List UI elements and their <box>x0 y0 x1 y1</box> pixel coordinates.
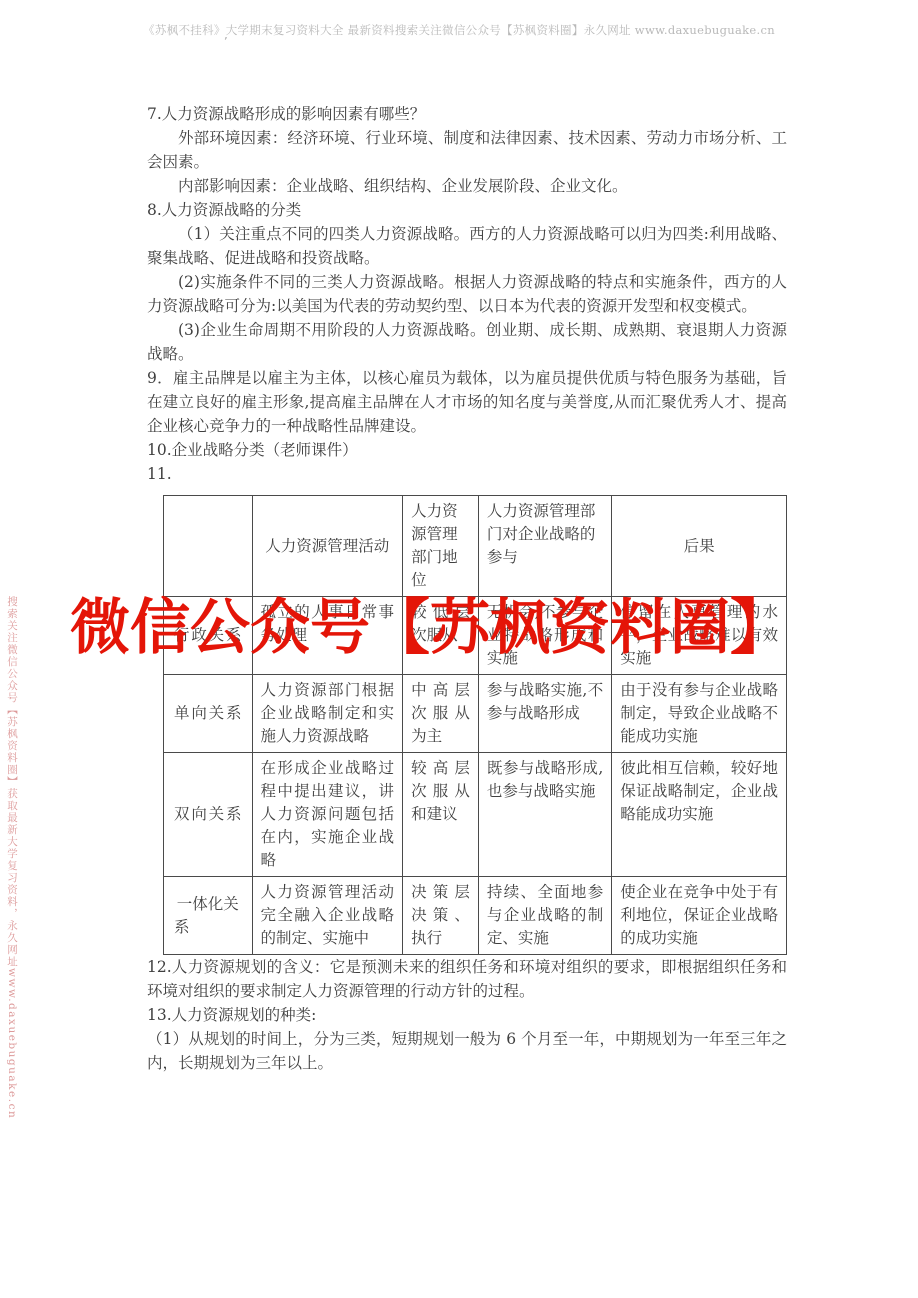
table-cell: 人力资源管理活动完全融入企业战略的制定、实施中 <box>252 877 403 955</box>
table-header-consequence: 后果 <box>612 496 787 597</box>
q11-table: 人力资源管理活动 人力资源管理部门地位 人力资源管理部门对企业战略的参与 后果 … <box>163 495 787 955</box>
q13-title: 13.人力资源规划的种类: <box>147 1003 787 1027</box>
table-cell: 彼此相互信赖，较好地保证战略制定，企业战略能成功实施 <box>612 753 787 877</box>
table-cell: 既参与战略形成,也参与战略实施 <box>478 753 611 877</box>
table-cell: 人力资源部门根据企业战略制定和实施人力资源战略 <box>252 675 403 753</box>
row-label: 一体化关系 <box>164 877 253 955</box>
row-label: 单向关系 <box>164 675 253 753</box>
table-cell: 持续、全面地参与企业战略的制定、实施 <box>478 877 611 955</box>
table-cell: 由于没有参与企业战略制定，导致企业战略不能成功实施 <box>612 675 787 753</box>
table-header-row: 人力资源管理活动 人力资源管理部门地位 人力资源管理部门对企业战略的参与 后果 <box>164 496 787 597</box>
table-row: 双向关系 在形成企业战略过程中提出建议，讲人力资源问题包括在内，实施企业战略 较… <box>164 753 787 877</box>
q7-external-factors: 外部环境因素：经济环境、行业环境、制度和法律因素、技术因素、劳动力市场分析、工会… <box>147 126 787 174</box>
table-cell: 较高层次服从和建议 <box>403 753 479 877</box>
table-header-status: 人力资源管理部门地位 <box>403 496 479 597</box>
table-cell: 参与战略实施,不参与战略形成 <box>478 675 611 753</box>
q9-paragraph: 9．雇主品牌是以雇主为主体，以核心雇员为载体，以为雇员提供优质与特色服务为基础，… <box>147 366 787 438</box>
red-watermark-overlay: 微信公众号【苏枫资料圈】 <box>70 588 810 668</box>
q13-item-1: （1）从规划的时间上，分为三类，短期规划一般为 6 个月至一年，中期规划为一年至… <box>147 1027 787 1075</box>
table-header-activity: 人力资源管理活动 <box>252 496 403 597</box>
table-header-empty <box>164 496 253 597</box>
table-row: 一体化关系 人力资源管理活动完全融入企业战略的制定、实施中 决策层决策、执行 持… <box>164 877 787 955</box>
q7-internal-factors: 内部影响因素：企业战略、组织结构、企业发展阶段、企业文化。 <box>147 174 787 198</box>
q10-title: 10.企业战略分类（老师课件） <box>147 438 787 462</box>
q12-paragraph: 12.人力资源规划的含义：它是预测未来的组织任务和环境对组织的要求，即根据组织任… <box>147 955 787 1003</box>
table-header-participation: 人力资源管理部门对企业战略的参与 <box>478 496 611 597</box>
table-cell: 中高层次服从为主 <box>403 675 479 753</box>
row-label: 双向关系 <box>164 753 253 877</box>
table-row: 单向关系 人力资源部门根据企业战略制定和实施人力资源战略 中高层次服从为主 参与… <box>164 675 787 753</box>
q8-title: 8.人力资源战略的分类 <box>147 198 787 222</box>
q7-title: 7.人力资源战略形成的影响因素有哪些？ <box>147 102 787 126</box>
q8-item-1: （1）关注重点不同的四类人力资源战略。西方的人力资源战略可以归为四类:利用战略、… <box>147 222 787 270</box>
document-page: 《苏枫不挂科》大学期末复习资料大全 最新资料搜索关注微信公众号【苏枫资料圈】永久… <box>0 0 918 1298</box>
q8-item-2: (2)实施条件不同的三类人力资源战略。根据人力资源战略的特点和实施条件，西方的人… <box>147 270 787 318</box>
table-cell: 决策层决策、执行 <box>403 877 479 955</box>
header-watermark-text: 《苏枫不挂科》大学期末复习资料大全 最新资料搜索关注微信公众号【苏枫资料圈】永久… <box>0 22 918 38</box>
table-cell: 使企业在竞争中处于有利地位，保证企业战略的成功实施 <box>612 877 787 955</box>
q8-item-3: (3)企业生命周期不用阶段的人力资源战略。创业期、成长期、成熟期、衰退期人力资源… <box>147 318 787 366</box>
side-watermark: 搜索关注微信公众号【苏枫资料圈】获取最新大学复习资料，永久网址www.daxue… <box>5 596 20 1156</box>
header-stray-mark: ’ <box>224 35 228 48</box>
q11-label: 11. <box>147 462 787 486</box>
table-cell: 在形成企业战略过程中提出建议，讲人力资源问题包括在内，实施企业战略 <box>252 753 403 877</box>
